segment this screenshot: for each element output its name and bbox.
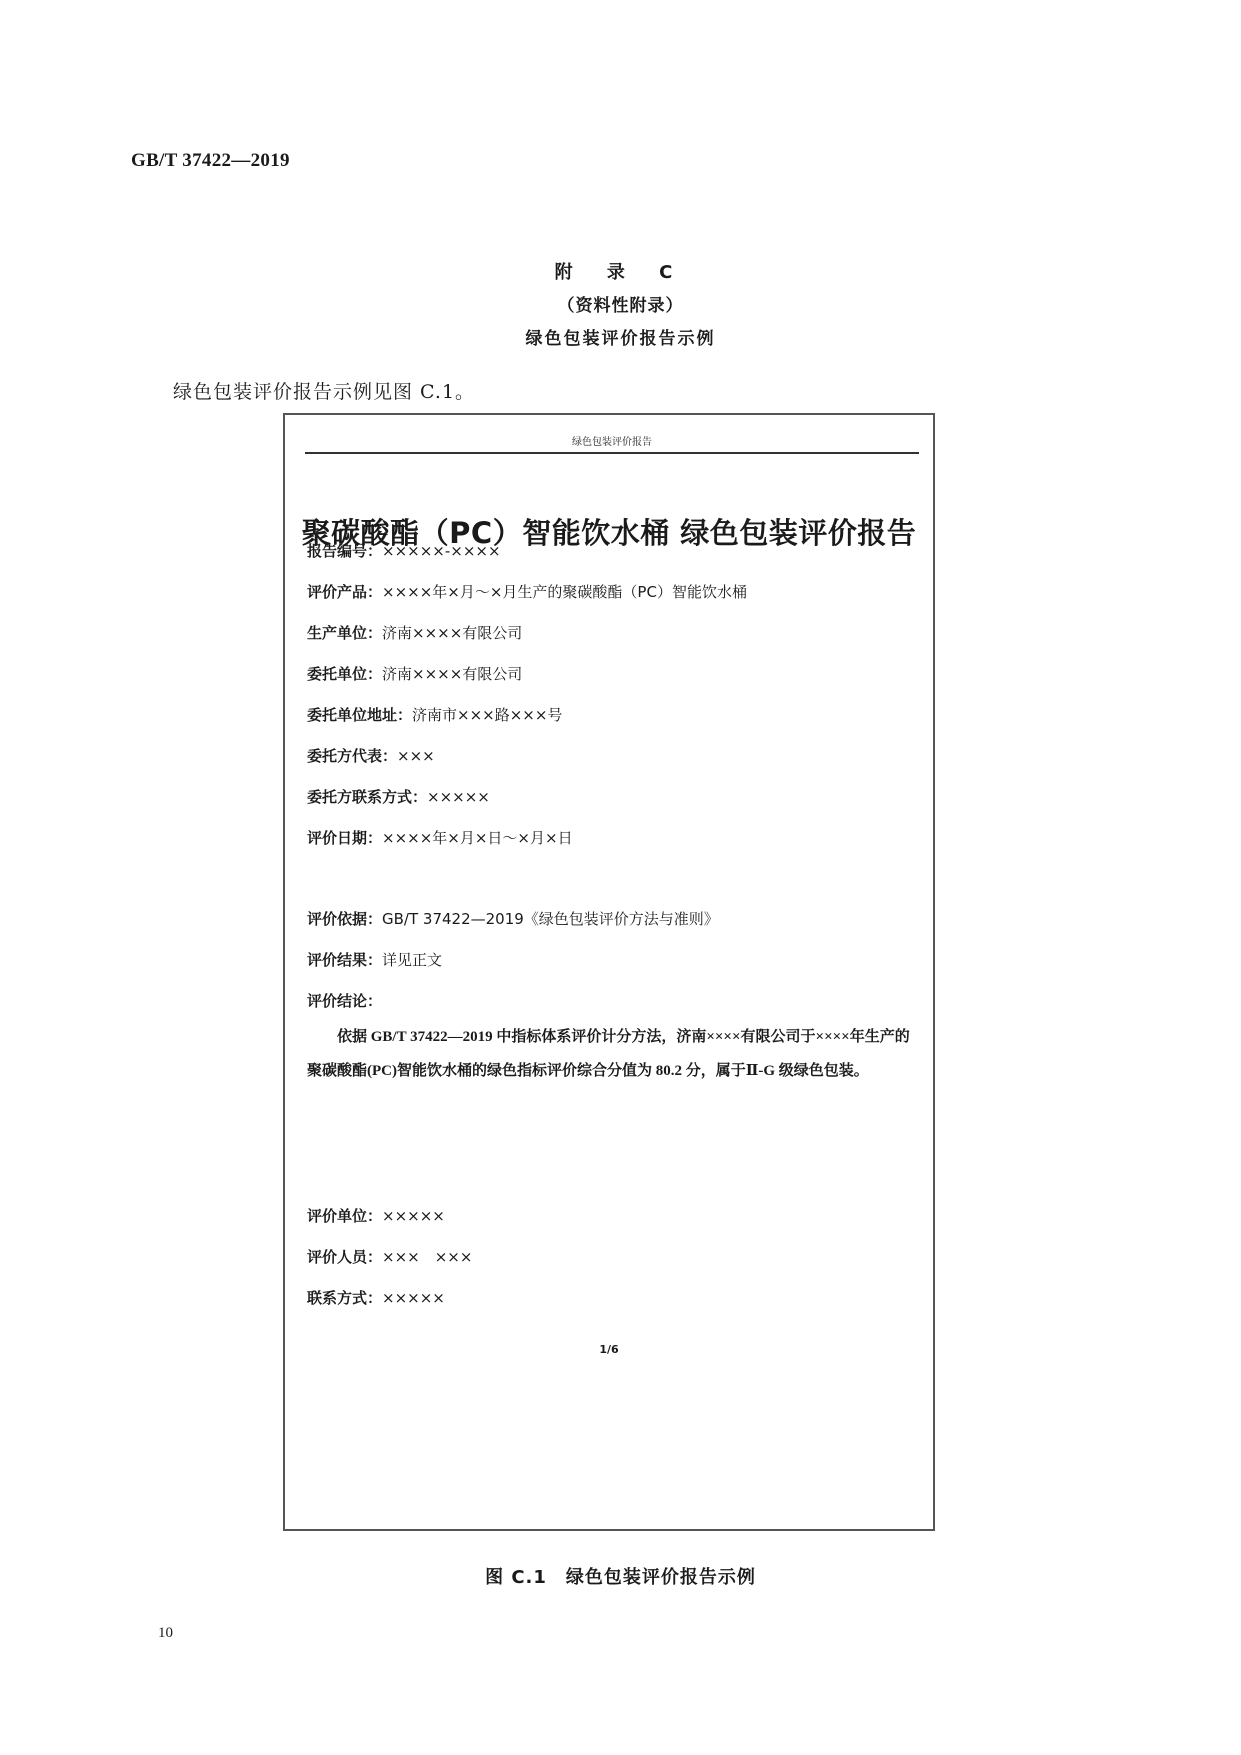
field-label: 评价人员： <box>307 1248 382 1266</box>
field-basis: 评价依据：GB/T 37422—2019《绿色包装评价方法与准则》 <box>307 908 719 929</box>
field-value: 济南××××有限公司 <box>382 624 522 642</box>
field-value: ×××××-×××× <box>382 542 501 560</box>
field-manufacturer: 生产单位：济南××××有限公司 <box>307 622 522 643</box>
field-label: 报告编号： <box>307 542 382 560</box>
field-report-number: 报告编号：×××××-×××× <box>307 540 501 561</box>
figure-page-indicator: 1/6 <box>285 1343 933 1356</box>
field-value: 详见正文 <box>382 951 442 969</box>
annex-type: （资料性附录） <box>0 291 1241 316</box>
field-label: 评价依据： <box>307 910 382 928</box>
field-client-address: 委托单位地址：济南市×××路×××号 <box>307 704 562 725</box>
field-value: 济南市×××路×××号 <box>412 706 562 724</box>
running-header: 绿色包装评价报告 <box>305 433 919 448</box>
field-label: 生产单位： <box>307 624 382 642</box>
field-client-contact: 委托方联系方式：××××× <box>307 786 490 807</box>
intro-text: 绿色包装评价报告示例见图 C.1。 <box>173 377 475 404</box>
field-label: 评价产品： <box>307 583 382 601</box>
annex-title: 附 录 C <box>0 258 1241 284</box>
field-client-representative: 委托方代表：××× <box>307 745 435 766</box>
field-value: ××××× <box>382 1207 445 1225</box>
field-label: 评价结果： <box>307 951 382 969</box>
figure-caption: 图 C.1 绿色包装评价报告示例 <box>0 1563 1241 1589</box>
field-label: 委托方代表： <box>307 747 397 765</box>
standard-code: GB/T 37422—2019 <box>131 150 290 172</box>
page-number: 10 <box>158 1625 173 1642</box>
field-client: 委托单位：济南××××有限公司 <box>307 663 522 684</box>
field-value: ××××年×月×日～×月×日 <box>382 829 573 847</box>
field-label: 委托方联系方式： <box>307 788 427 806</box>
field-label: 联系方式： <box>307 1289 382 1307</box>
field-conclusion-label: 评价结论： <box>307 990 382 1011</box>
field-value: ××××年×月～×月生产的聚碳酸酯（PC）智能饮水桶 <box>382 583 747 601</box>
field-label: 评价日期： <box>307 829 382 847</box>
field-product: 评价产品：××××年×月～×月生产的聚碳酸酯（PC）智能饮水桶 <box>307 581 747 602</box>
field-evaluation-date: 评价日期：××××年×月×日～×月×日 <box>307 827 573 848</box>
report-example-figure: 绿色包装评价报告 聚碳酸酯（PC）智能饮水桶 绿色包装评价报告 报告编号：×××… <box>283 413 935 1531</box>
header-rule <box>305 452 919 454</box>
field-value: ××××× <box>382 1289 445 1307</box>
field-value: ××× ××× <box>382 1248 472 1266</box>
field-evaluator-org: 评价单位：××××× <box>307 1205 445 1226</box>
field-value: GB/T 37422—2019《绿色包装评价方法与准则》 <box>382 910 719 928</box>
conclusion-text: 依据 GB/T 37422—2019 中指标体系评价计分方法，济南××××有限公… <box>307 1020 915 1088</box>
field-label: 委托单位地址： <box>307 706 412 724</box>
annex-name: 绿色包装评价报告示例 <box>0 324 1241 349</box>
field-label: 委托单位： <box>307 665 382 683</box>
field-value: ××××× <box>427 788 490 806</box>
field-result: 评价结果：详见正文 <box>307 949 442 970</box>
field-label: 评价结论： <box>307 992 382 1010</box>
field-contact: 联系方式：××××× <box>307 1287 445 1308</box>
field-value: ××× <box>397 747 435 765</box>
field-value: 济南××××有限公司 <box>382 665 522 683</box>
field-evaluators: 评价人员：××× ××× <box>307 1246 472 1267</box>
field-label: 评价单位： <box>307 1207 382 1225</box>
